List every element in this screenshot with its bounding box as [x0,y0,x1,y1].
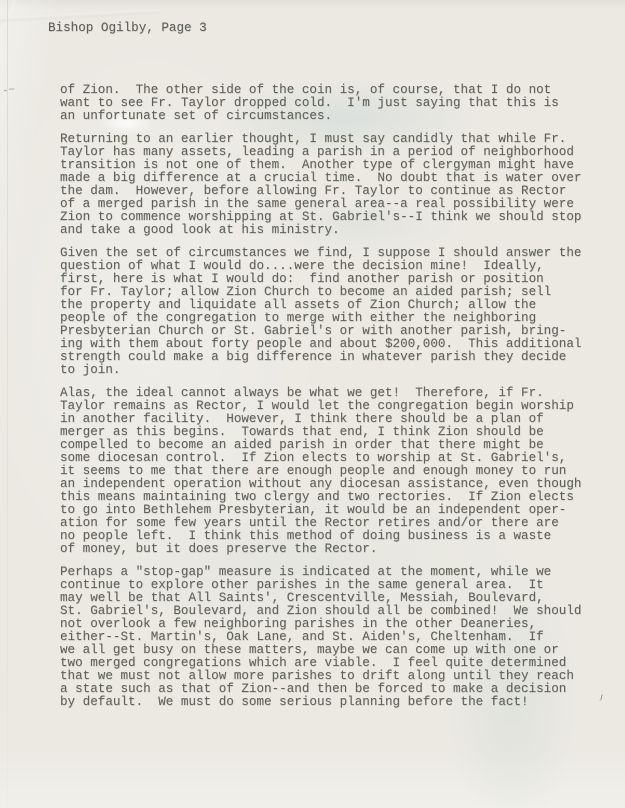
stray-ink-mark [597,694,602,702]
paragraph-1: of Zion. The other side of the coin is, … [60,84,590,123]
paragraph-3: Given the set of circumstances we find, … [60,247,590,377]
paragraph-5: Perhaps a "stop-gap" measure is indicate… [60,566,590,709]
paragraph-4: Alas, the ideal cannot always be what we… [60,387,590,556]
paragraph-2: Returning to an earlier thought, I must … [60,133,590,237]
paper-crease-horizontal [0,10,160,21]
scan-edge-line [7,0,8,808]
scanned-letter-page: -~ Bishop Ogilby, Page 3 of Zion. The ot… [0,0,625,808]
page-header: Bishop Ogilby, Page 3 [48,21,207,35]
paper-crease-diagonal [0,0,21,158]
pencil-mark: -~ [1,85,18,97]
letter-body: of Zion. The other side of the coin is, … [60,84,590,719]
